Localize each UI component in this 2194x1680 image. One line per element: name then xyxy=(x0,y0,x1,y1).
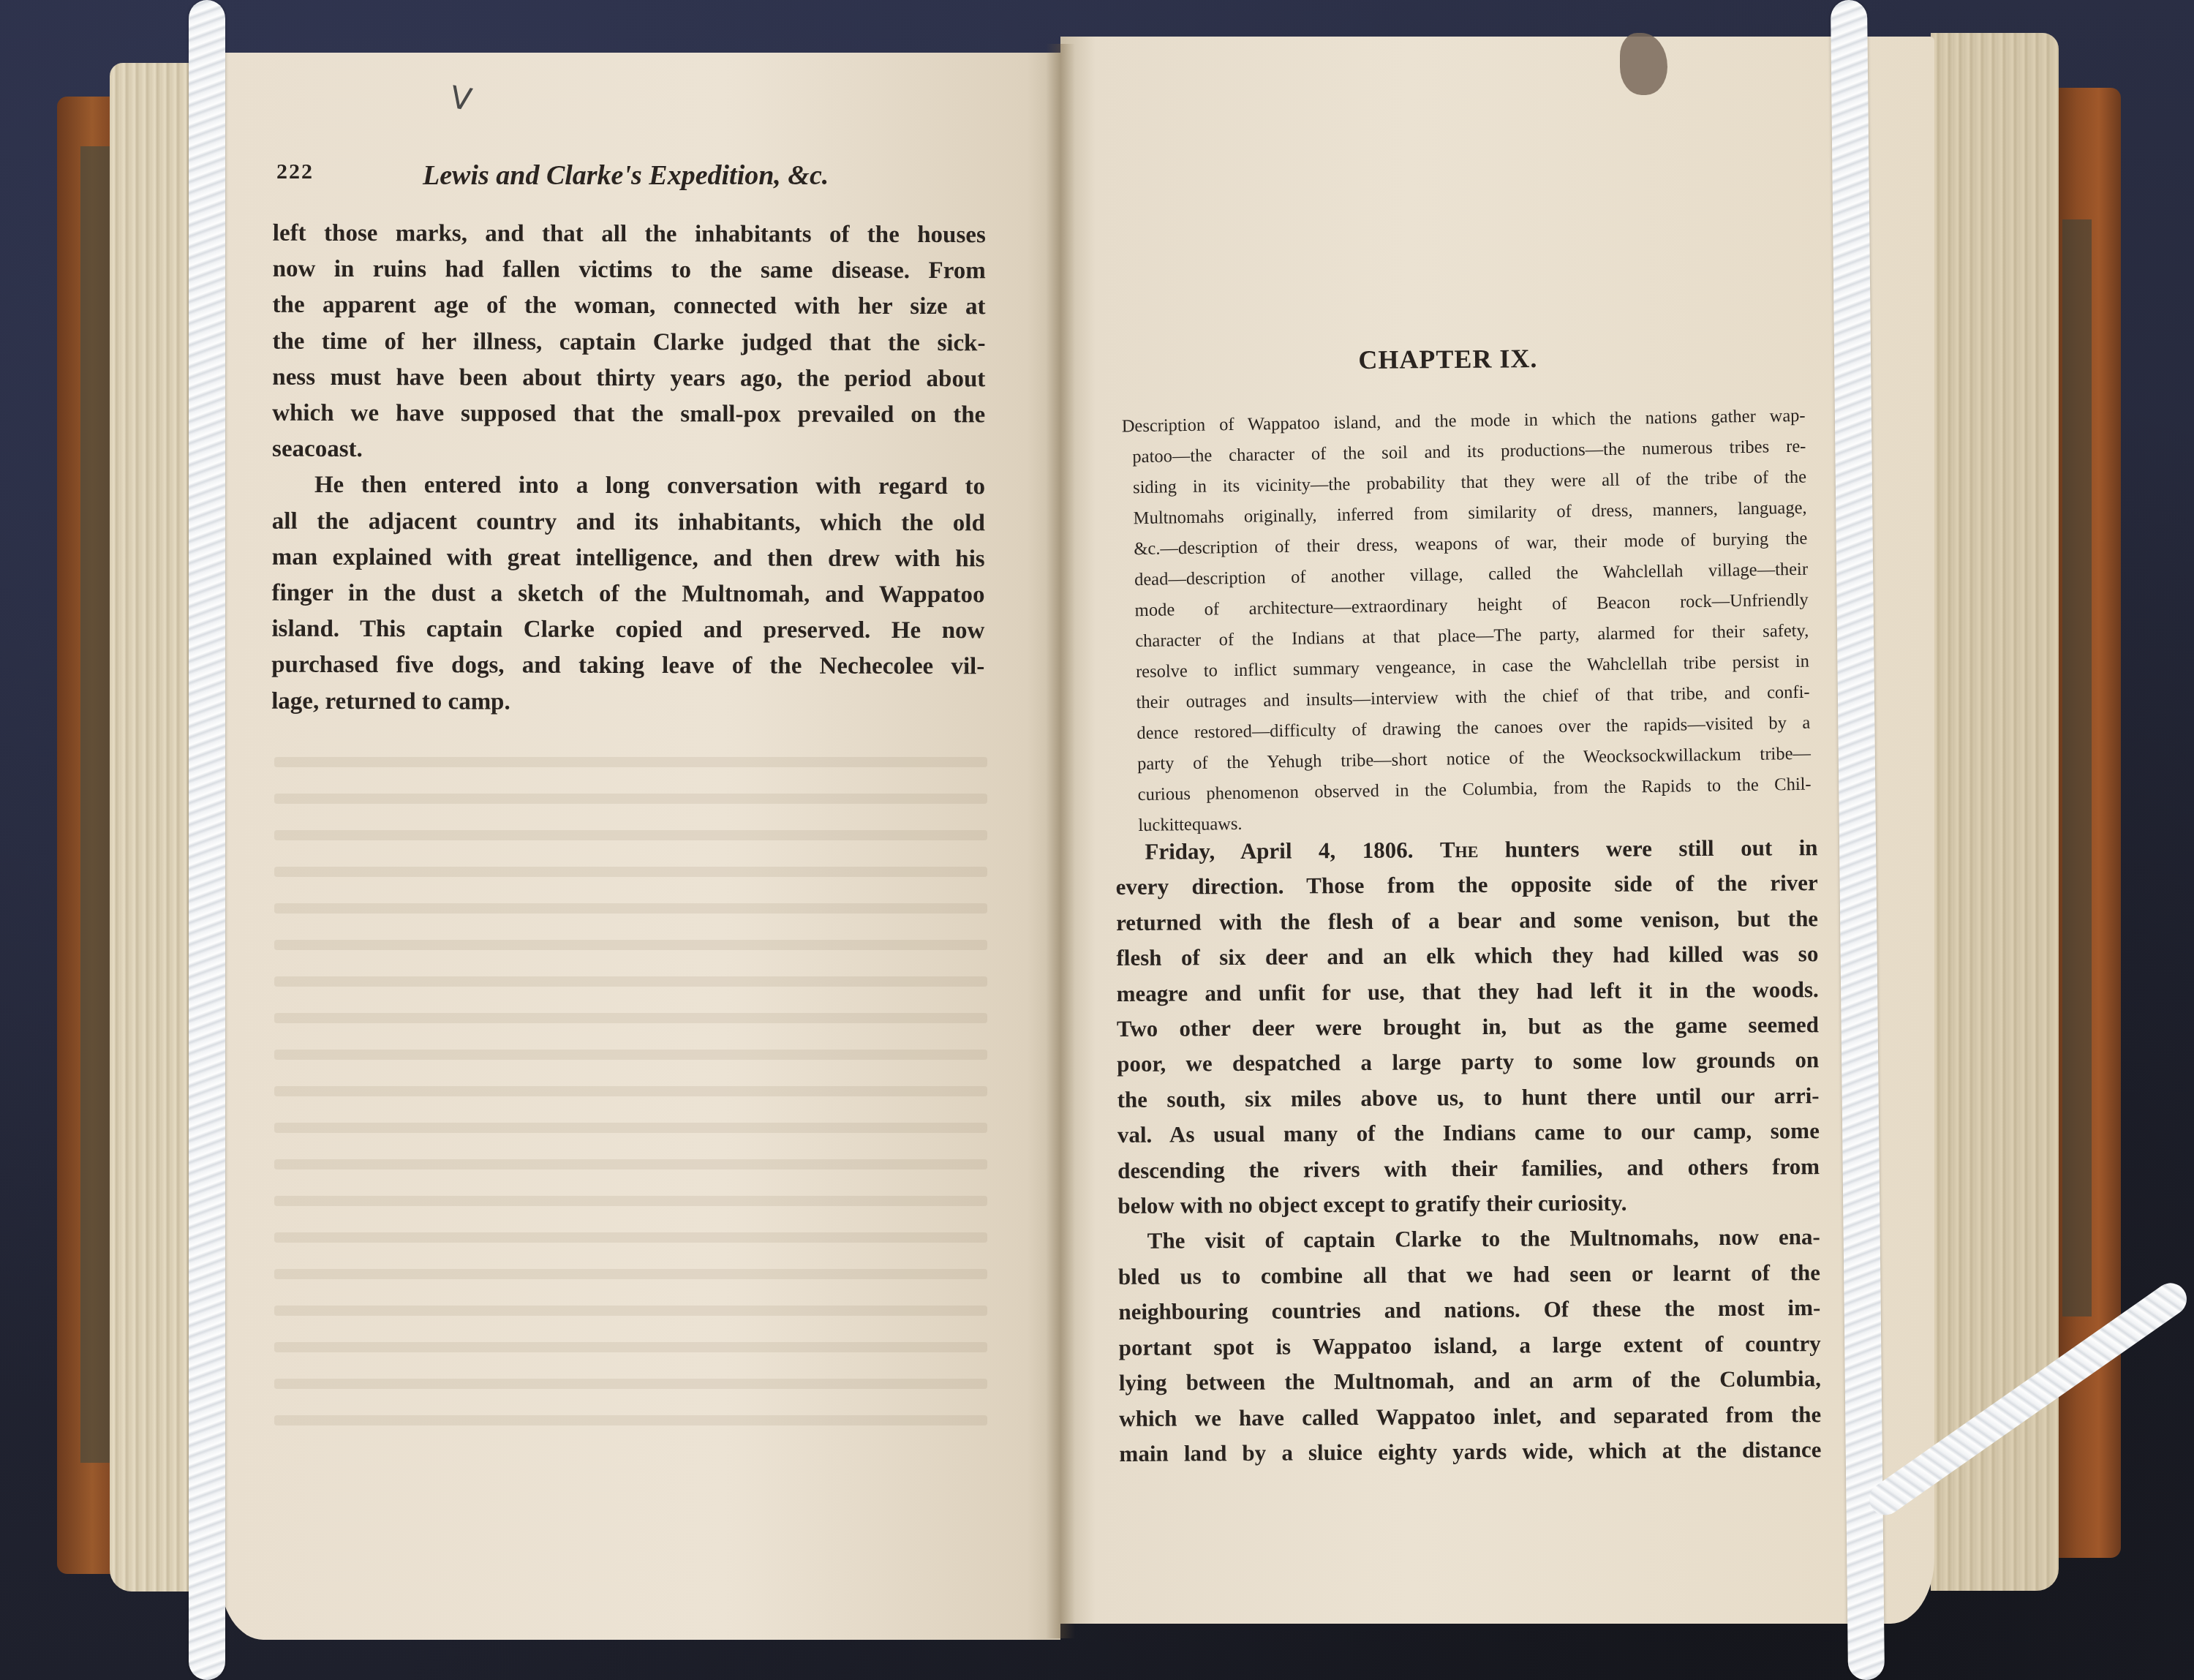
text-line: below with no object except to gratify t… xyxy=(1117,1184,1820,1224)
show-through-text xyxy=(274,1196,987,1206)
text-line: portant spot is Wappatoo island, a large… xyxy=(1118,1326,1820,1366)
show-through-text xyxy=(274,976,987,987)
show-through-text xyxy=(274,1123,987,1133)
text-line: which we have called Wappatoo inlet, and… xyxy=(1119,1397,1821,1436)
running-head-title: Lewis and Clarke's Expedition, &c. xyxy=(423,159,829,192)
chapter-synopsis: Description of Wappatoo island, and the … xyxy=(1121,401,1812,842)
text-line: every direction. Those from the opposite… xyxy=(1116,865,1818,905)
text-line: main land by a sluice eighty yards wide,… xyxy=(1119,1432,1821,1472)
text-line: returned with the flesh of a bear and so… xyxy=(1116,901,1818,941)
show-through-text xyxy=(274,1159,987,1169)
book-gutter xyxy=(1046,44,1075,1638)
left-book-weight-cord[interactable] xyxy=(189,0,225,1680)
text-line: lage, returned to camp. xyxy=(271,683,984,721)
show-through-text xyxy=(274,1379,987,1389)
text-line: neighbouring countries and nations. Of t… xyxy=(1118,1290,1820,1330)
show-through-text xyxy=(274,1086,987,1096)
text-line: now in ruins had fallen victims to the s… xyxy=(273,252,986,290)
text-line: bled us to combine all that we had seen … xyxy=(1118,1255,1820,1295)
text-line: He then entered into a long conversation… xyxy=(272,467,985,505)
page-number: 222 xyxy=(276,159,423,192)
show-through-text xyxy=(274,1269,987,1279)
text-line: val. As usual many of the Indians came t… xyxy=(1117,1113,1820,1153)
show-through-text xyxy=(274,867,987,877)
show-through-text xyxy=(274,1050,987,1060)
show-through-text xyxy=(274,757,987,767)
show-through-text xyxy=(274,903,987,914)
text-line: all the adjacent country and its inhabit… xyxy=(272,503,985,541)
text-line: the south, six miles above us, to hunt t… xyxy=(1117,1078,1819,1118)
text-line: ness must have been about thirty years a… xyxy=(272,360,985,398)
text-line: island. This captain Clarke copied and p… xyxy=(271,611,984,649)
text-line: the time of her illness, captain Clarke … xyxy=(272,323,985,361)
text-line: descending the rivers with their familie… xyxy=(1117,1149,1820,1189)
show-through-text xyxy=(274,1306,987,1316)
show-through-text xyxy=(274,830,987,840)
right-cover-inner-board xyxy=(2062,219,2092,1316)
show-through-text xyxy=(274,794,987,804)
text-line: which we have supposed that the small-po… xyxy=(272,396,985,434)
right-page-body: Friday, April 4, 1806. The hunters were … xyxy=(1115,830,1821,1472)
text-line: Friday, April 4, 1806. The hunters were … xyxy=(1115,830,1817,870)
text-line: Two other deer were brought in, but as t… xyxy=(1117,1007,1819,1047)
text-fragment: hunters were still out in xyxy=(1505,835,1818,862)
chapter-title: CHAPTER IX. xyxy=(1112,341,1784,377)
text-line: The visit of captain Clarke to the Multn… xyxy=(1118,1220,1820,1259)
text-line: man explained with great intelligence, a… xyxy=(272,540,985,578)
text-line: lying between the Multnomah, and an arm … xyxy=(1119,1361,1821,1401)
text-line: flesh of six deer and an elk which they … xyxy=(1116,936,1818,976)
show-through-text xyxy=(274,1415,987,1425)
entry-date: Friday, April 4, 1806. xyxy=(1145,837,1413,864)
text-line: purchased five dogs, and taking leave of… xyxy=(271,647,984,685)
show-through-text xyxy=(274,940,987,950)
right-page-fore-edge xyxy=(1931,33,2059,1591)
show-through-text xyxy=(274,1232,987,1243)
text-line: seacoast. xyxy=(272,432,985,470)
entry-first-word: The xyxy=(1440,837,1479,862)
left-cover-inner-board xyxy=(80,146,110,1463)
text-line: the apparent age of the woman, connected… xyxy=(273,287,986,325)
text-line: finger in the dust a sketch of the Multn… xyxy=(271,576,984,614)
show-through-text xyxy=(274,1342,987,1352)
running-head: 222 Lewis and Clarke's Expedition, &c. xyxy=(276,159,982,192)
show-through-text xyxy=(274,1013,987,1023)
text-line: poor, we despatched a large party to som… xyxy=(1117,1043,1819,1082)
text-line: left those marks, and that all the inhab… xyxy=(273,216,986,254)
text-line: meagre and unfit for use, that they had … xyxy=(1117,972,1819,1012)
left-page-body: left those marks, and that all the inhab… xyxy=(271,216,986,721)
